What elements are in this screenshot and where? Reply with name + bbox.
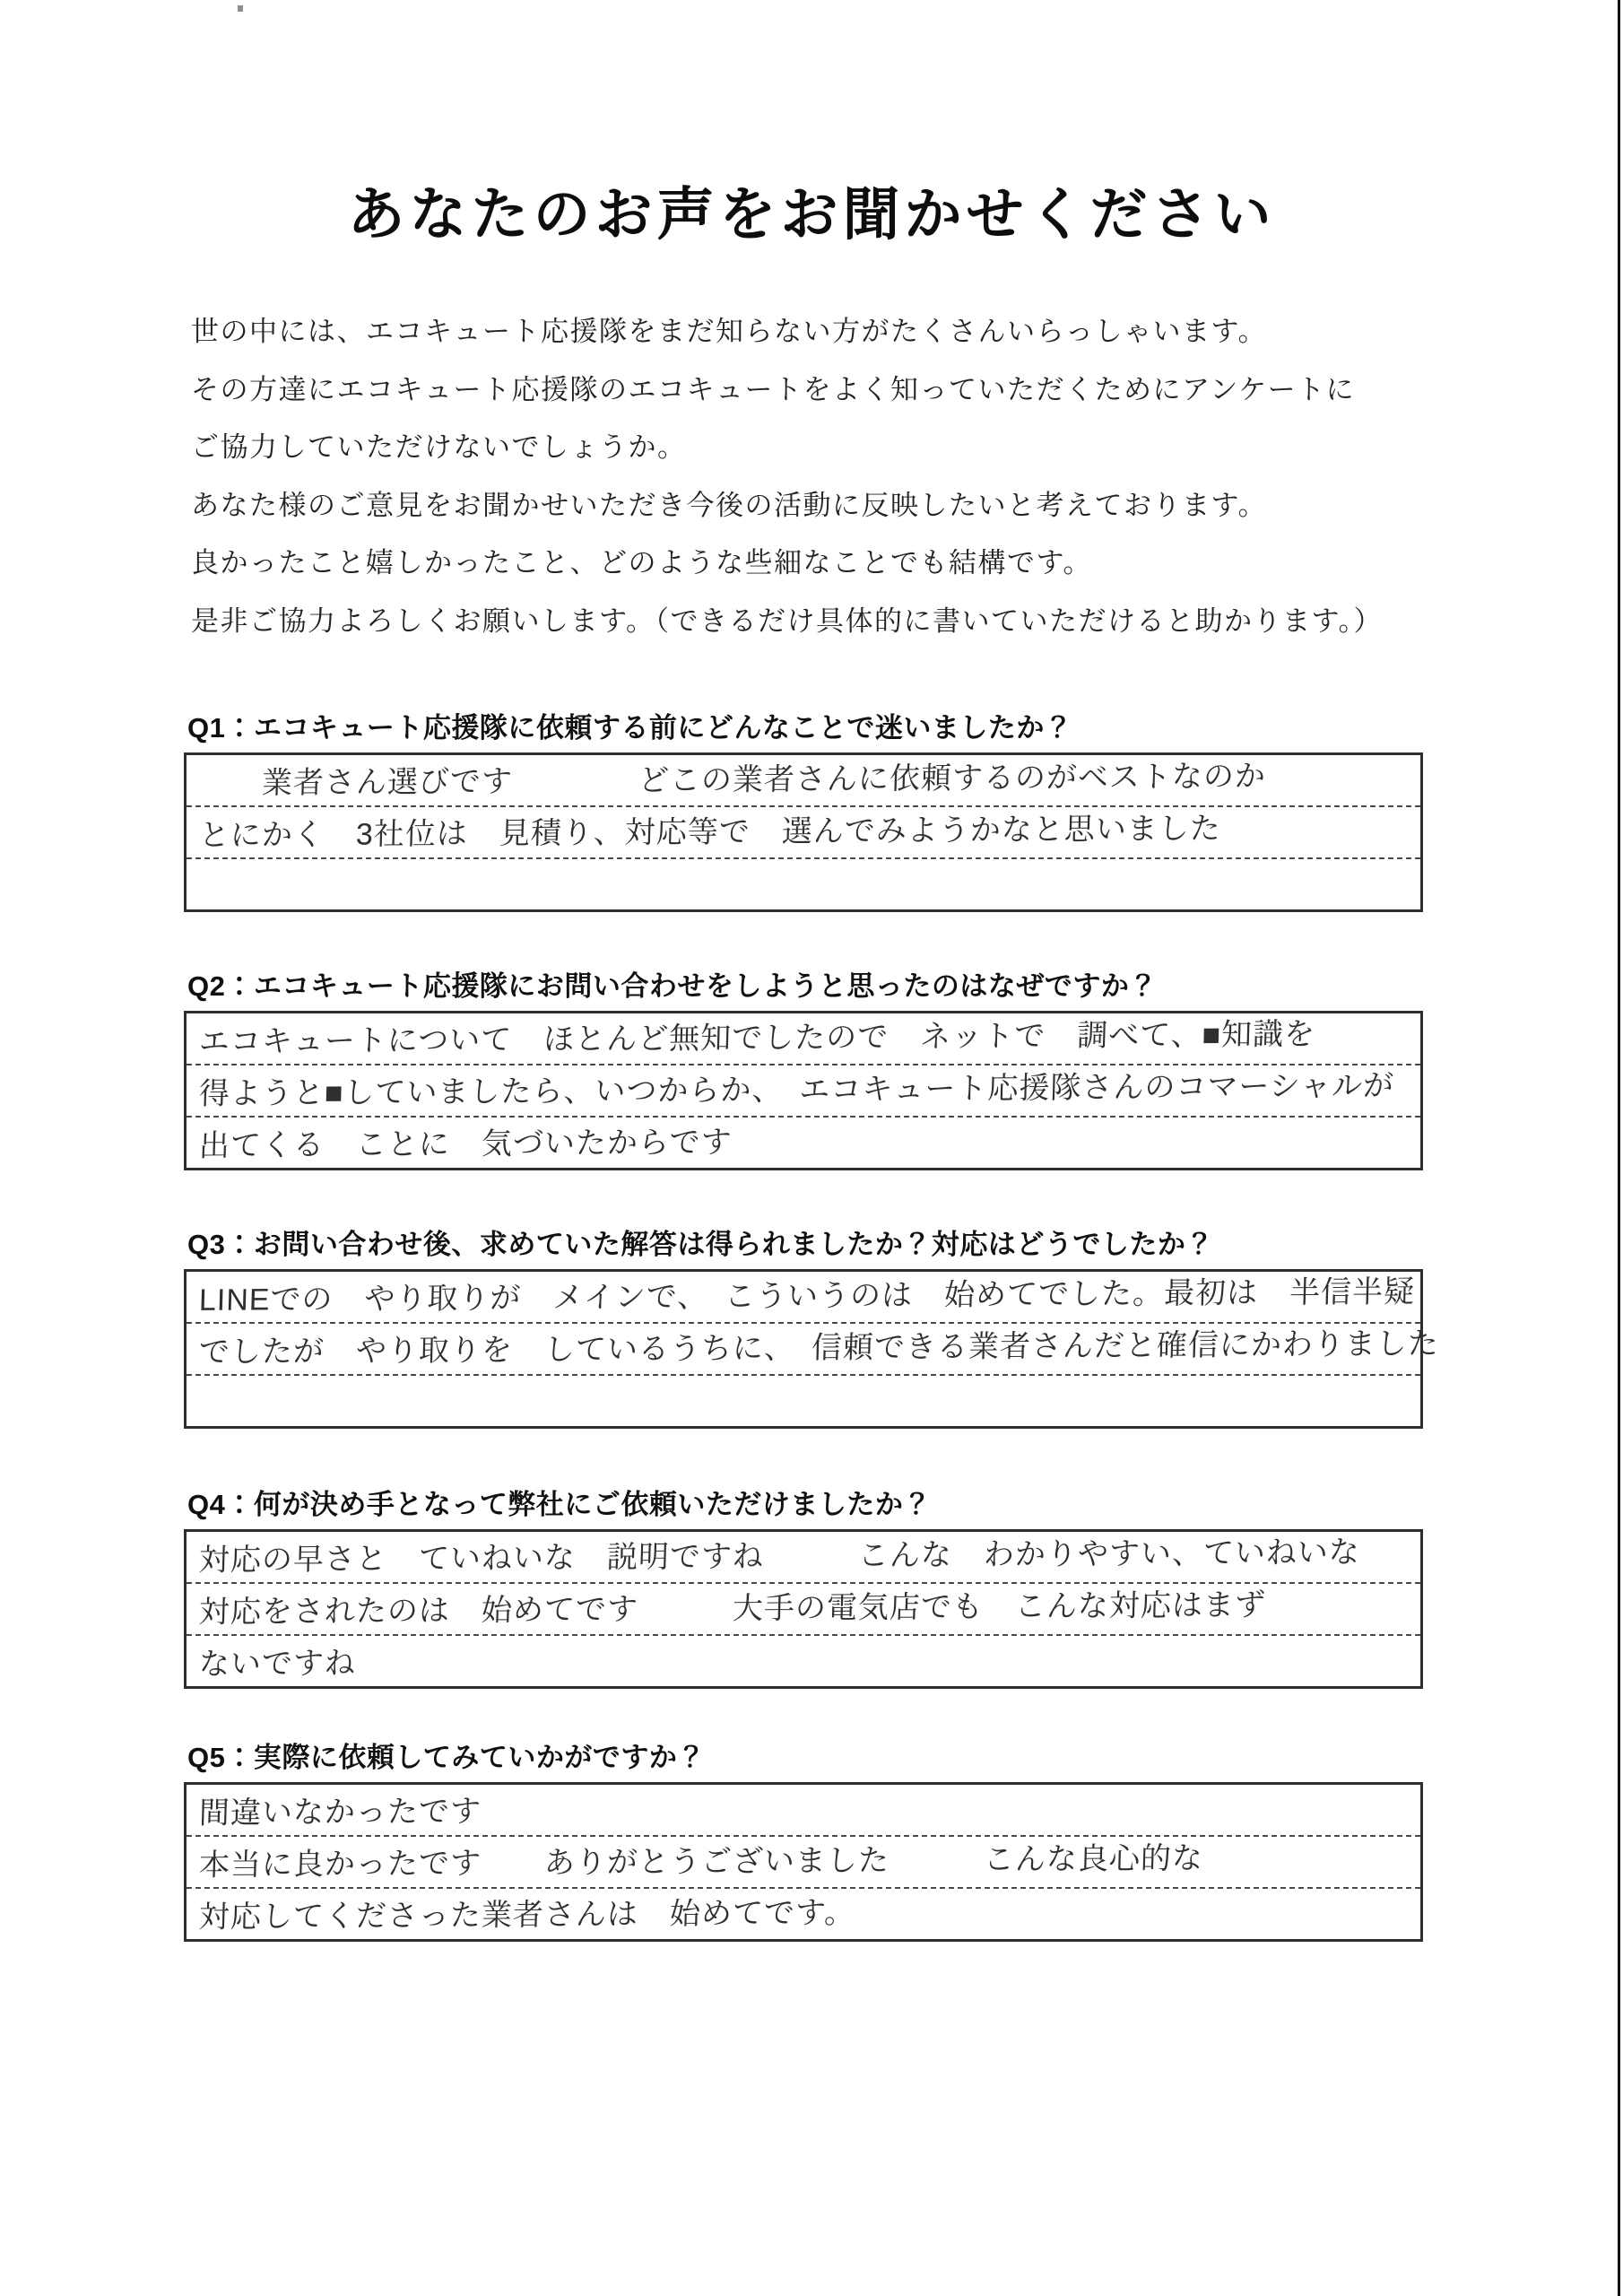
- answer-row: 対応してくださった業者さんは 始めてです。: [187, 1889, 1420, 1939]
- answer-row: とにかく 3社位は 見積り、対応等で 選んでみようかなと思いました: [187, 807, 1420, 859]
- answer-box: 業者さん選びです どこの業者さんに依頼するのがベストなのか とにかく 3社位は …: [184, 752, 1423, 912]
- answer-row: [187, 859, 1420, 909]
- handwritten-answer: 対応をされたのは 始めてです 大手の電気店でも こんな対応はまず: [186, 1579, 1266, 1631]
- scan-speck: [238, 5, 243, 12]
- answer-row: 間違いなかったです: [187, 1785, 1420, 1837]
- intro-line: あなた様のご意見をお聞かせいただき今後の活動に反映したいと考えております。: [191, 477, 1491, 535]
- intro-line: その方達にエコキュート応援隊のエコキュートをよく知っていただくためにアンケートに: [191, 361, 1491, 420]
- handwritten-answer: 対応してくださった業者さんは 始めてです。: [186, 1887, 856, 1935]
- question-block-q4: Q4：何が決め手となって弊社にご依頼いただけましたか？ 対応の早さと ていねいな…: [184, 1482, 1423, 1689]
- answer-row: 対応の早さと ていねいな 説明ですね こんな わかりやすい、ていねいな: [187, 1532, 1420, 1584]
- intro-line: 良かったこと嬉しかったこと、どのような些細なことでも結構です。: [191, 535, 1491, 593]
- page-title: あなたのお声をお聞かせください: [0, 169, 1623, 251]
- answer-row: 業者さん選びです どこの業者さんに依頼するのがベストなのか: [187, 755, 1420, 807]
- answer-row: 対応をされたのは 始めてです 大手の電気店でも こんな対応はまず: [187, 1584, 1420, 1636]
- question-label: Q4：何が決め手となって弊社にご依頼いただけましたか？: [187, 1482, 1423, 1522]
- scanned-questionnaire-page: あなたのお声をお聞かせください 世の中には、エコキュート応援隊をまだ知らない方が…: [0, 0, 1623, 2296]
- handwritten-answer: ないですね: [186, 1638, 356, 1683]
- answer-row: 本当に良かったです ありがとうございました こんな良心的な: [187, 1837, 1420, 1889]
- question-label: Q5：実際に依頼してみていかがですか？: [187, 1735, 1423, 1775]
- handwritten-answer: LINEでの やり取りが メインで、 こういうのは 始めてでした。最初は 半信半…: [186, 1266, 1416, 1319]
- handwritten-answer: でしたが やり取りを しているうちに、 信頼できる業者さんだと確信にかわりました: [186, 1318, 1439, 1371]
- answer-box: LINEでの やり取りが メインで、 こういうのは 始めてでした。最初は 半信半…: [184, 1269, 1423, 1429]
- intro-line: 是非ご協力よろしくお願いします。（できるだけ具体的に書いていただけると助かります…: [191, 593, 1491, 651]
- question-label: Q3：お問い合わせ後、求めていた解答は得られましたか？対応はどうでしたか？: [187, 1222, 1423, 1262]
- answer-box: 間違いなかったです 本当に良かったです ありがとうございました こんな良心的な …: [184, 1782, 1423, 1942]
- answer-row: 出てくる ことに 気づいたからです: [187, 1118, 1420, 1168]
- answer-row: エコキュートについて ほとんど無知でしたので ネットで 調べて、■知識を: [187, 1013, 1420, 1065]
- question-block-q3: Q3：お問い合わせ後、求めていた解答は得られましたか？対応はどうでしたか？ LI…: [184, 1222, 1423, 1429]
- question-block-q5: Q5：実際に依頼してみていかがですか？ 間違いなかったです 本当に良かったです …: [184, 1735, 1423, 1942]
- answer-row: でしたが やり取りを しているうちに、 信頼できる業者さんだと確信にかわりました: [187, 1324, 1420, 1376]
- scan-edge-line: [1618, 0, 1620, 2296]
- handwritten-answer: エコキュートについて ほとんど無知でしたので ネットで 調べて、■知識を: [186, 1009, 1316, 1061]
- intro-paragraph: 世の中には、エコキュート応援隊をまだ知らない方がたくさんいらっしゃいます。 その…: [191, 303, 1491, 650]
- handwritten-answer: 得ようと■していましたら、いつからか、 エコキュート応援隊さんのコマーシャルが: [186, 1060, 1395, 1112]
- handwritten-answer: 間違いなかったです: [186, 1786, 482, 1831]
- handwritten-answer: 業者さん選びです どこの業者さんに依頼するのがベストなのか: [186, 751, 1266, 802]
- answer-box: エコキュートについて ほとんど無知でしたので ネットで 調べて、■知識を 得よう…: [184, 1011, 1423, 1170]
- intro-line: ご協力していただけないでしょうか。: [191, 419, 1491, 477]
- answer-row: ないですね: [187, 1636, 1420, 1686]
- answer-box: 対応の早さと ていねいな 説明ですね こんな わかりやすい、ていねいな 対応をさ…: [184, 1529, 1423, 1689]
- answer-row: 得ようと■していましたら、いつからか、 エコキュート応援隊さんのコマーシャルが: [187, 1065, 1420, 1118]
- question-label: Q1：エコキュート応援隊に依頼する前にどんなことで迷いましたか？: [187, 705, 1423, 745]
- handwritten-answer: 出てくる ことに 気づいたからです: [186, 1117, 733, 1164]
- answer-row: [187, 1376, 1420, 1426]
- question-block-q2: Q2：エコキュート応援隊にお問い合わせをしようと思ったのはなぜですか？ エコキュ…: [184, 963, 1423, 1170]
- handwritten-answer: 本当に良かったです ありがとうございました こんな良心的な: [186, 1833, 1203, 1884]
- handwritten-answer: 対応の早さと ていねいな 説明ですね こんな わかりやすい、ていねいな: [186, 1526, 1360, 1578]
- intro-line: 世の中には、エコキュート応援隊をまだ知らない方がたくさんいらっしゃいます。: [191, 303, 1491, 361]
- question-label: Q2：エコキュート応援隊にお問い合わせをしようと思ったのはなぜですか？: [187, 963, 1423, 1004]
- handwritten-answer: とにかく 3社位は 見積り、対応等で 選んでみようかなと思いました: [186, 803, 1221, 854]
- answer-row: LINEでの やり取りが メインで、 こういうのは 始めてでした。最初は 半信半…: [187, 1272, 1420, 1324]
- question-block-q1: Q1：エコキュート応援隊に依頼する前にどんなことで迷いましたか？ 業者さん選びで…: [184, 705, 1423, 912]
